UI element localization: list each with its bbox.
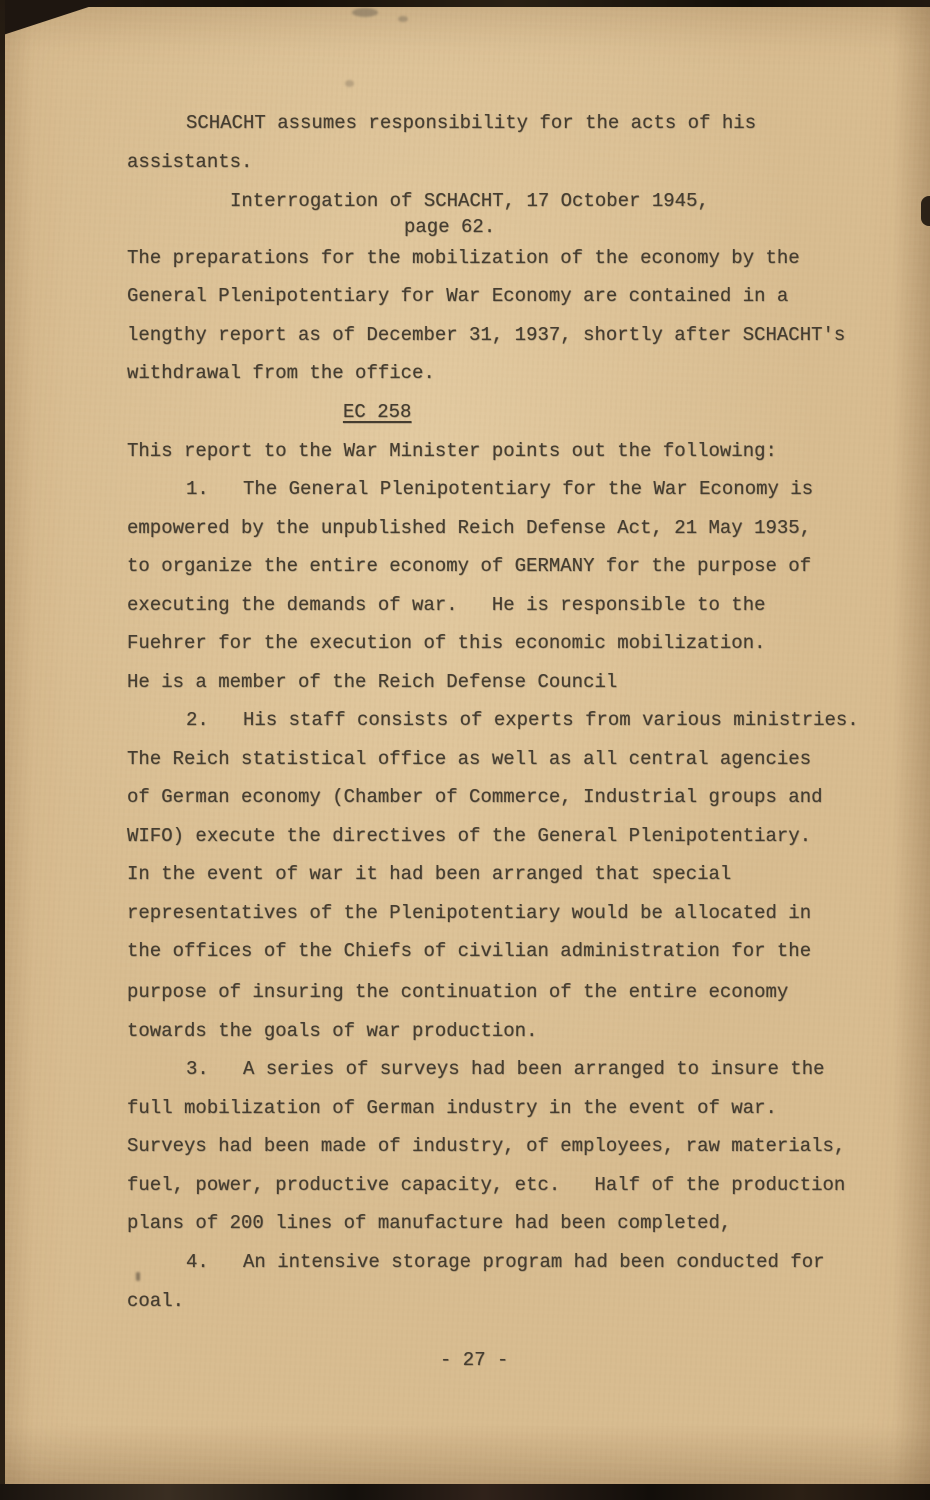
numbered-item-line: 1. The General Plenipotentiary for the W… xyxy=(186,479,813,499)
text-line: This report to the War Minister points o… xyxy=(127,441,777,461)
text-line: the offices of the Chiefs of civilian ad… xyxy=(127,941,811,961)
page-number: - 27 - xyxy=(440,1350,508,1370)
text-line: to organize the entire economy of GERMAN… xyxy=(127,556,811,576)
text-line: purpose of insuring the continuation of … xyxy=(127,982,788,1002)
text-line: fuel, power, productive capacity, etc. H… xyxy=(127,1175,845,1195)
scan-edge-bottom xyxy=(0,1484,930,1500)
citation-line: page 62. xyxy=(404,217,495,237)
ink-speck xyxy=(136,1272,140,1281)
document-scan: SCHACHT assumes responsibility for the a… xyxy=(0,0,930,1500)
pencil-smudge xyxy=(345,80,354,87)
text-line: The Reich statistical office as well as … xyxy=(127,749,811,769)
text-line: SCHACHT assumes responsibility for the a… xyxy=(186,113,756,133)
numbered-item-line: 2. His staff consists of experts from va… xyxy=(186,710,859,730)
text-line: He is a member of the Reich Defense Coun… xyxy=(127,672,617,692)
exhibit-number-heading: EC 258 xyxy=(343,402,411,422)
text-line: lengthy report as of December 31, 1937, … xyxy=(127,325,845,345)
pencil-smudge xyxy=(352,8,378,17)
pencil-smudge xyxy=(398,16,408,22)
text-line: plans of 200 lines of manufacture had be… xyxy=(127,1213,731,1233)
scan-edge-left xyxy=(0,0,5,1500)
text-line: full mobilization of German industry in … xyxy=(127,1098,777,1118)
scan-edge-top xyxy=(0,0,930,7)
text-line: In the event of war it had been arranged… xyxy=(127,864,731,884)
text-line: representatives of the Plenipotentiary w… xyxy=(127,903,811,923)
text-line: executing the demands of war. He is resp… xyxy=(127,595,766,615)
text-line: empowered by the unpublished Reich Defen… xyxy=(127,518,811,538)
text-line: Surveys had been made of industry, of em… xyxy=(127,1136,845,1156)
text-line: General Plenipotentiary for War Economy … xyxy=(127,286,788,306)
citation-line: Interrogation of SCHACHT, 17 October 194… xyxy=(230,191,709,211)
text-line: assistants. xyxy=(127,152,252,172)
text-line: The preparations for the mobilization of… xyxy=(127,248,800,268)
scan-notch-right xyxy=(921,196,930,226)
numbered-item-line: 3. A series of surveys had been arranged… xyxy=(186,1059,825,1079)
numbered-item-line: 4. An intensive storage program had been… xyxy=(186,1252,825,1272)
text-line: of German economy (Chamber of Commerce, … xyxy=(127,787,823,807)
text-line: withdrawal from the office. xyxy=(127,363,435,383)
text-line: coal. xyxy=(127,1291,184,1311)
text-line: Fuehrer for the execution of this econom… xyxy=(127,633,766,653)
text-line: WIFO) execute the directives of the Gene… xyxy=(127,826,811,846)
text-line: towards the goals of war production. xyxy=(127,1021,537,1041)
